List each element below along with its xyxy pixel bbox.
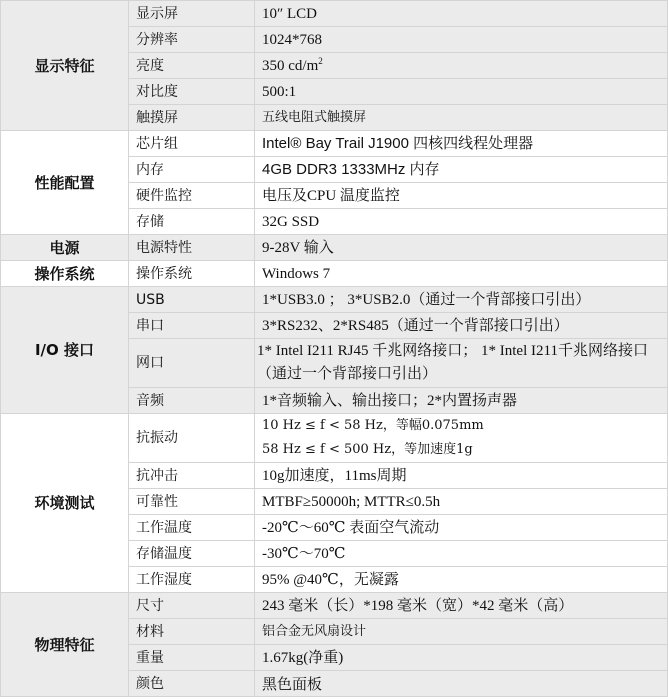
row-label: 网口 [129, 339, 255, 388]
table-row: 环境测试 抗振动 10 Hz ≤ f < 58 Hz，等幅0.075mm 58 … [1, 414, 668, 463]
group-performance: 性能配置 [1, 131, 129, 235]
row-value: Intel® Bay Trail J1900 四核四线程处理器 [255, 131, 668, 157]
vibration-line-1: 10 Hz ≤ f < 58 Hz，等幅0.075mm [262, 414, 667, 438]
row-value: 95% @40℃，无凝露 [255, 567, 668, 593]
row-label: 抗振动 [129, 414, 255, 463]
row-value: 4GB DDR3 1333MHz 内存 [255, 157, 668, 183]
row-label: 抗冲击 [129, 463, 255, 489]
row-value: 1* Intel I211 RJ45 千兆网络接口； 1* Intel I211… [255, 339, 668, 388]
group-io: I/O 接口 [1, 287, 129, 414]
row-label: 操作系统 [129, 261, 255, 287]
row-label: 重量 [129, 645, 255, 671]
row-label: 触摸屏 [129, 105, 255, 131]
row-label: 材料 [129, 619, 255, 645]
row-value: 10g加速度，11ms周期 [255, 463, 668, 489]
row-label: 音频 [129, 388, 255, 414]
table-row: 性能配置 芯片组 Intel® Bay Trail J1900 四核四线程处理器 [1, 131, 668, 157]
spec-table: 显示特征 显示屏 10″ LCD 分辨率 1024*768 亮度 350 cd/… [0, 0, 668, 697]
row-label: 电源特性 [129, 235, 255, 261]
row-label: 硬件监控 [129, 183, 255, 209]
row-label: 对比度 [129, 79, 255, 105]
row-value: 9-28V 输入 [255, 235, 668, 261]
superscript: 2 [318, 56, 323, 66]
row-value: 电压及CPU 温度监控 [255, 183, 668, 209]
row-label: 亮度 [129, 53, 255, 79]
row-value: 黑色面板 [255, 671, 668, 697]
table-row: 显示特征 显示屏 10″ LCD [1, 1, 668, 27]
row-value: 32G SSD [255, 209, 668, 235]
row-label: 显示屏 [129, 1, 255, 27]
row-value: Windows 7 [255, 261, 668, 287]
row-value: 3*RS232、2*RS485（通过一个背部接口引出） [255, 313, 668, 339]
row-label: 颜色 [129, 671, 255, 697]
group-power: 电源 [1, 235, 129, 261]
row-label: 串口 [129, 313, 255, 339]
row-value: 10 Hz ≤ f < 58 Hz，等幅0.075mm 58 Hz ≤ f < … [255, 414, 668, 463]
row-label: 存储 [129, 209, 255, 235]
row-label: 内存 [129, 157, 255, 183]
row-label: 可靠性 [129, 489, 255, 515]
row-value: 五线电阻式触摸屏 [255, 105, 668, 131]
row-value: MTBF≥50000h; MTTR≤0.5h [255, 489, 668, 515]
row-value: 10″ LCD [255, 1, 668, 27]
group-os: 操作系统 [1, 261, 129, 287]
group-physical: 物理特征 [1, 593, 129, 697]
brightness-value: 350 cd/m [262, 58, 318, 74]
vibration-line-2: 58 Hz ≤ f < 500 Hz，等加速度1g [262, 438, 667, 462]
row-value: -30℃～70℃ [255, 541, 668, 567]
group-display: 显示特征 [1, 1, 129, 131]
table-row: I/O 接口 USB 1*USB3.0 ； 3*USB2.0（通过一个背部接口引… [1, 287, 668, 313]
row-value: 铝合金无风扇设计 [255, 619, 668, 645]
row-value: 500:1 [255, 79, 668, 105]
row-label: 分辨率 [129, 27, 255, 53]
row-value: 1.67kg(净重) [255, 645, 668, 671]
row-label: USB [129, 287, 255, 313]
table-row: 操作系统 操作系统 Windows 7 [1, 261, 668, 287]
row-value: -20℃～60℃ 表面空气流动 [255, 515, 668, 541]
table-row: 电源 电源特性 9-28V 输入 [1, 235, 668, 261]
row-value: 1*音频输入、输出接口；2*内置扬声器 [255, 388, 668, 414]
row-label: 芯片组 [129, 131, 255, 157]
row-value: 350 cd/m2 [255, 53, 668, 79]
row-label: 工作湿度 [129, 567, 255, 593]
row-label: 存储温度 [129, 541, 255, 567]
row-value: 1024*768 [255, 27, 668, 53]
table-row: 物理特征 尺寸 243 毫米（长）*198 毫米（宽）*42 毫米（高） [1, 593, 668, 619]
row-value: 1*USB3.0 ； 3*USB2.0（通过一个背部接口引出） [255, 287, 668, 313]
row-label: 工作温度 [129, 515, 255, 541]
group-environment: 环境测试 [1, 414, 129, 593]
row-value: 243 毫米（长）*198 毫米（宽）*42 毫米（高） [255, 593, 668, 619]
row-label: 尺寸 [129, 593, 255, 619]
